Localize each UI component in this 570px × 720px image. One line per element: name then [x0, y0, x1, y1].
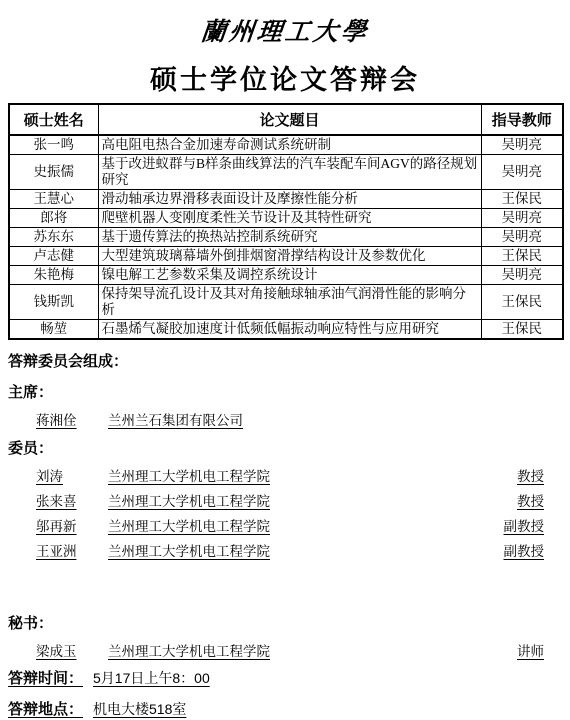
defense-time-row: 答辩时间： 5月17日上午8：00	[8, 667, 562, 689]
members-list: 刘涛 兰州理工大学机电工程学院 教授 张来喜 兰州理工大学机电工程学院 教授 邬…	[8, 465, 562, 558]
thesis-title: 高电阻电热合金加速寿命测试系统研制	[98, 135, 481, 155]
defense-location-label: 答辩地点：	[8, 698, 83, 719]
member-name: 张来喜	[36, 490, 94, 510]
thesis-title: 滑动轴承边界滑移表面设计及摩擦性能分析	[98, 190, 481, 209]
table-row: 王慧心 滑动轴承边界滑移表面设计及摩擦性能分析 王保民	[9, 190, 563, 209]
table-row: 畅堃 石墨烯气凝胶加速度计低频低幅振动响应特性与应用研究 王保民	[9, 320, 563, 340]
thesis-table-body: 张一鸣 高电阻电热合金加速寿命测试系统研制 吴明亮 史振儒 基于改进蚁群与B样条…	[9, 135, 563, 339]
member-name: 邬再新	[36, 515, 94, 535]
member-title: 副教授	[504, 540, 545, 560]
advisor-name: 吴明亮	[481, 228, 563, 247]
member-row: 邬再新 兰州理工大学机电工程学院 副教授	[8, 515, 562, 533]
advisor-name: 吴明亮	[481, 155, 563, 190]
thesis-title: 爬壁机器人变刚度柔性关节设计及其特性研究	[98, 209, 481, 228]
member-row: 王亚洲 兰州理工大学机电工程学院 副教授	[8, 540, 562, 558]
advisor-name: 吴明亮	[481, 266, 563, 285]
defense-location-row: 答辩地点： 机电大楼518室	[8, 698, 562, 720]
secretary-affiliation: 兰州理工大学机电工程学院	[108, 640, 270, 660]
table-row: 张一鸣 高电阻电热合金加速寿命测试系统研制 吴明亮	[9, 135, 563, 155]
advisor-name: 吴明亮	[481, 209, 563, 228]
thesis-title: 镍电解工艺参数采集及调控系统设计	[98, 266, 481, 285]
advisor-name: 王保民	[481, 320, 563, 340]
student-name: 钱斯凯	[9, 285, 98, 320]
table-row: 卢志健 大型建筑玻璃幕墙外倒排烟窗滑撑结构设计及参数优化 王保民	[9, 247, 563, 266]
thesis-table: 硕士姓名 论文题目 指导教师 张一鸣 高电阻电热合金加速寿命测试系统研制 吴明亮…	[8, 103, 564, 340]
table-row: 苏东东 基于遗传算法的换热站控制系统研究 吴明亮	[9, 228, 563, 247]
thesis-title: 基于遗传算法的换热站控制系统研究	[98, 228, 481, 247]
chair-affiliation: 兰州兰石集团有限公司	[108, 409, 243, 429]
student-name: 朱艳梅	[9, 266, 98, 285]
chair-row: 蒋湘佺 兰州兰石集团有限公司	[8, 409, 562, 427]
members-label: 委员：	[8, 437, 562, 458]
table-row: 钱斯凯 保持架导流孔设计及其对角接触球轴承油气润滑性能的影响分析 王保民	[9, 285, 563, 320]
committee-section-title: 答辩委员会组成：	[8, 350, 562, 371]
university-logo: 蘭州理工大學	[6, 14, 564, 50]
member-title: 副教授	[504, 515, 545, 535]
page-title: 硕士学位论文答辩会	[8, 58, 562, 97]
header-advisor: 指导教师	[481, 104, 563, 135]
member-title: 教授	[517, 465, 544, 485]
student-name: 卢志健	[9, 247, 98, 266]
secretary-name: 梁成玉	[36, 640, 94, 660]
thesis-title: 石墨烯气凝胶加速度计低频低幅振动响应特性与应用研究	[98, 320, 481, 340]
thesis-table-header: 硕士姓名 论文题目 指导教师	[9, 104, 563, 135]
member-affiliation: 兰州理工大学机电工程学院	[108, 515, 270, 535]
student-name: 苏东东	[9, 228, 98, 247]
member-name: 刘涛	[36, 465, 94, 485]
secretary-row: 梁成玉 兰州理工大学机电工程学院 讲师	[8, 640, 562, 658]
member-affiliation: 兰州理工大学机电工程学院	[108, 540, 270, 560]
defense-time-value: 5月17日上午8：00	[93, 668, 210, 688]
secretary-label: 秘书：	[8, 612, 562, 633]
thesis-title: 大型建筑玻璃幕墙外倒排烟窗滑撑结构设计及参数优化	[98, 247, 481, 266]
member-name: 王亚洲	[36, 540, 94, 560]
advisor-name: 王保民	[481, 247, 563, 266]
secretary-title: 讲师	[517, 640, 544, 660]
member-affiliation: 兰州理工大学机电工程学院	[108, 465, 270, 485]
thesis-title: 保持架导流孔设计及其对角接触球轴承油气润滑性能的影响分析	[98, 285, 481, 320]
spacer	[8, 558, 562, 602]
advisor-name: 吴明亮	[481, 135, 563, 155]
student-name: 张一鸣	[9, 135, 98, 155]
advisor-name: 王保民	[481, 190, 563, 209]
table-row: 朱艳梅 镍电解工艺参数采集及调控系统设计 吴明亮	[9, 266, 563, 285]
member-row: 张来喜 兰州理工大学机电工程学院 教授	[8, 490, 562, 508]
student-name: 王慧心	[9, 190, 98, 209]
header-student-name: 硕士姓名	[9, 104, 98, 135]
thesis-title: 基于改进蚁群与B样条曲线算法的汽车装配车间AGV的路径规划研究	[98, 155, 481, 190]
document-page: 蘭州理工大學 硕士学位论文答辩会 硕士姓名 论文题目 指导教师 张一鸣 高电阻电…	[0, 0, 570, 720]
student-name: 畅堃	[9, 320, 98, 340]
member-affiliation: 兰州理工大学机电工程学院	[108, 490, 270, 510]
member-title: 教授	[517, 490, 544, 510]
member-row: 刘涛 兰州理工大学机电工程学院 教授	[8, 465, 562, 483]
table-row: 郎将 爬壁机器人变刚度柔性关节设计及其特性研究 吴明亮	[9, 209, 563, 228]
advisor-name: 王保民	[481, 285, 563, 320]
student-name: 史振儒	[9, 155, 98, 190]
chair-label: 主席：	[8, 381, 562, 402]
chair-name: 蒋湘佺	[36, 409, 94, 429]
student-name: 郎将	[9, 209, 98, 228]
table-row: 史振儒 基于改进蚁群与B样条曲线算法的汽车装配车间AGV的路径规划研究 吴明亮	[9, 155, 563, 190]
header-thesis-title: 论文题目	[98, 104, 481, 135]
defense-time-label: 答辩时间：	[8, 667, 83, 688]
defense-location-value: 机电大楼518室	[93, 699, 186, 719]
